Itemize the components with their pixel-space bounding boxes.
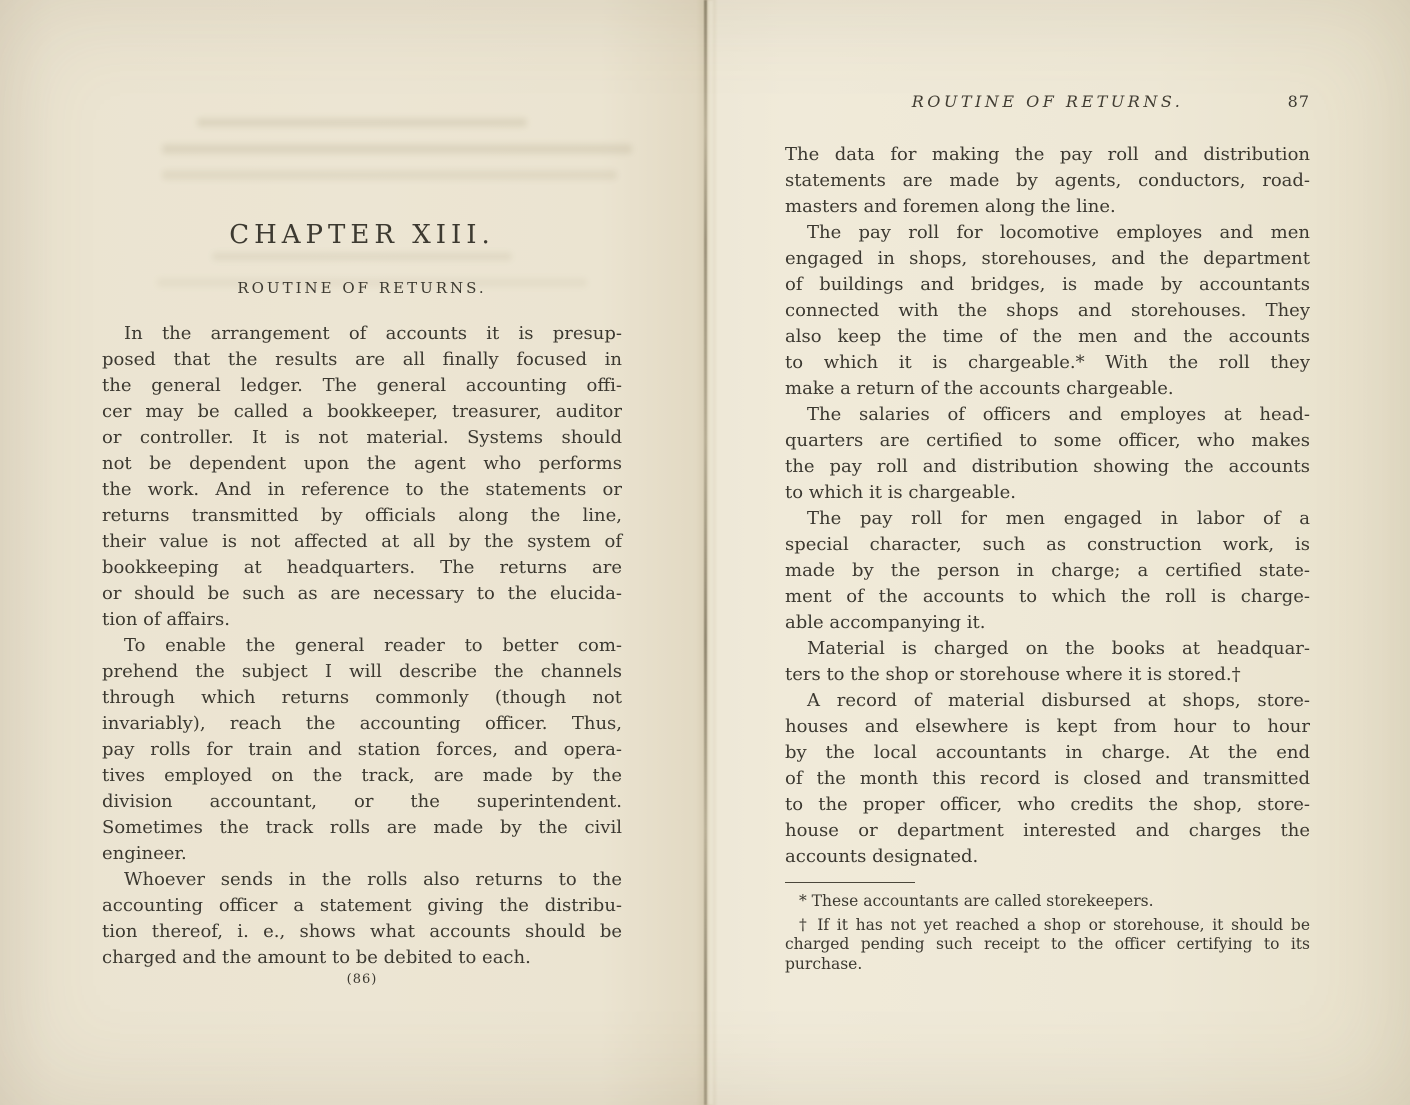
paragraph: The pay roll for men engaged in labor of…	[785, 506, 1310, 636]
text-line: pay rolls for train and station forces, …	[102, 737, 622, 763]
text-line: make a return of the accounts chargeable…	[785, 376, 1310, 402]
text-line: † If it has not yet reached a shop or st…	[785, 916, 1310, 936]
show-through-text	[162, 144, 632, 154]
section-heading: ROUTINE OF RETURNS.	[102, 279, 622, 297]
text-line: houses and elsewhere is kept from hour t…	[785, 714, 1310, 740]
text-line: The pay roll for men engaged in labor of…	[785, 506, 1310, 532]
text-line: In the arrangement of accounts it is pre…	[102, 321, 622, 347]
text-line: not be dependent upon the agent who perf…	[102, 451, 622, 477]
text-line: or controller. It is not material. Syste…	[102, 425, 622, 451]
text-line: purchase.	[785, 955, 1310, 975]
text-line: statements are made by agents, conductor…	[785, 168, 1310, 194]
text-line: charged and the amount to be debited to …	[102, 945, 622, 971]
text-line: Whoever sends in the rolls also returns …	[102, 867, 622, 893]
paragraph: A record of material disbursed at shops,…	[785, 688, 1310, 870]
text-line: ment of the accounts to which the roll i…	[785, 584, 1310, 610]
text-line: the pay roll and distribution showing th…	[785, 454, 1310, 480]
footnote-rule	[785, 882, 915, 883]
footnotes: * These accountants are called storekeep…	[785, 892, 1310, 974]
paragraph: To enable the general reader to better c…	[102, 633, 622, 867]
text-line: To enable the general reader to better c…	[102, 633, 622, 659]
text-line: by the local accountants in charge. At t…	[785, 740, 1310, 766]
text-line: house or department interested and charg…	[785, 818, 1310, 844]
paragraph: The data for making the pay roll and dis…	[785, 142, 1310, 220]
running-header-title: ROUTINE OF RETURNS.	[785, 92, 1310, 111]
text-line: * These accountants are called storekeep…	[785, 892, 1310, 912]
text-line: division accountant, or the superintende…	[102, 789, 622, 815]
text-line: prehend the subject I will describe the …	[102, 659, 622, 685]
show-through-text	[162, 170, 617, 180]
text-line: accounting officer a statement giving th…	[102, 893, 622, 919]
text-line: the general ledger. The general accounti…	[102, 373, 622, 399]
text-line: Material is charged on the books at head…	[785, 636, 1310, 662]
text-line: engineer.	[102, 841, 622, 867]
text-line: special character, such as construction …	[785, 532, 1310, 558]
paragraph: * These accountants are called storekeep…	[785, 892, 1310, 912]
text-line: masters and foremen along the line.	[785, 194, 1310, 220]
text-line: A record of material disbursed at shops,…	[785, 688, 1310, 714]
text-line: Sometimes the track rolls are made by th…	[102, 815, 622, 841]
paragraph: Material is charged on the books at head…	[785, 636, 1310, 688]
book-spread: CHAPTER XIII. ROUTINE OF RETURNS. In the…	[0, 0, 1410, 1105]
text-line: of the month this record is closed and t…	[785, 766, 1310, 792]
text-line: returns transmitted by officials along t…	[102, 503, 622, 529]
text-line: to which it is chargeable.	[785, 480, 1310, 506]
text-line: through which returns commonly (though n…	[102, 685, 622, 711]
paragraph: The salaries of officers and employes at…	[785, 402, 1310, 506]
text-line: tives employed on the track, are made by…	[102, 763, 622, 789]
book-gutter-highlight	[708, 0, 713, 1105]
text-line: accounts designated.	[785, 844, 1310, 870]
text-line: posed that the results are all finally f…	[102, 347, 622, 373]
text-line: of buildings and bridges, is made by acc…	[785, 272, 1310, 298]
paragraph: In the arrangement of accounts it is pre…	[102, 321, 622, 633]
right-page-body: The data for making the pay roll and dis…	[785, 142, 1310, 870]
text-line: also keep the time of the men and the ac…	[785, 324, 1310, 350]
text-line: The data for making the pay roll and dis…	[785, 142, 1310, 168]
text-line: connected with the shops and storehouses…	[785, 298, 1310, 324]
paragraph: The pay roll for locomotive employes and…	[785, 220, 1310, 402]
text-line: tion of affairs.	[102, 607, 622, 633]
text-line: their value is not affected at all by th…	[102, 529, 622, 555]
show-through-text	[197, 118, 527, 127]
text-line: invariably), reach the accounting office…	[102, 711, 622, 737]
right-page-number: 87	[1288, 92, 1310, 111]
paragraph: Whoever sends in the rolls also returns …	[102, 867, 622, 971]
text-line: to which it is chargeable.* With the rol…	[785, 350, 1310, 376]
running-header: ROUTINE OF RETURNS. 87	[785, 92, 1310, 116]
text-line: to the proper officer, who credits the s…	[785, 792, 1310, 818]
text-line: made by the person in charge; a certifie…	[785, 558, 1310, 584]
text-line: quarters are certified to some officer, …	[785, 428, 1310, 454]
left-page-number: (86)	[102, 972, 622, 987]
text-line: charged pending such receipt to the offi…	[785, 935, 1310, 955]
left-page-body: In the arrangement of accounts it is pre…	[102, 321, 622, 971]
text-line: tion thereof, i. e., shows what accounts…	[102, 919, 622, 945]
text-line: or should be such as are necessary to th…	[102, 581, 622, 607]
paragraph: † If it has not yet reached a shop or st…	[785, 916, 1310, 975]
text-line: The salaries of officers and employes at…	[785, 402, 1310, 428]
text-line: cer may be called a bookkeeper, treasure…	[102, 399, 622, 425]
text-line: bookkeeping at headquarters. The returns…	[102, 555, 622, 581]
show-through-text	[212, 252, 512, 261]
book-gutter	[704, 0, 707, 1105]
text-line: ters to the shop or storehouse where it …	[785, 662, 1310, 688]
text-line: the work. And in reference to the statem…	[102, 477, 622, 503]
text-line: able accompanying it.	[785, 610, 1310, 636]
text-line: engaged in shops, storehouses, and the d…	[785, 246, 1310, 272]
page-left: CHAPTER XIII. ROUTINE OF RETURNS. In the…	[102, 0, 622, 1105]
text-line: The pay roll for locomotive employes and…	[785, 220, 1310, 246]
page-right: ROUTINE OF RETURNS. 87 The data for maki…	[785, 0, 1310, 1105]
chapter-heading: CHAPTER XIII.	[102, 220, 622, 250]
